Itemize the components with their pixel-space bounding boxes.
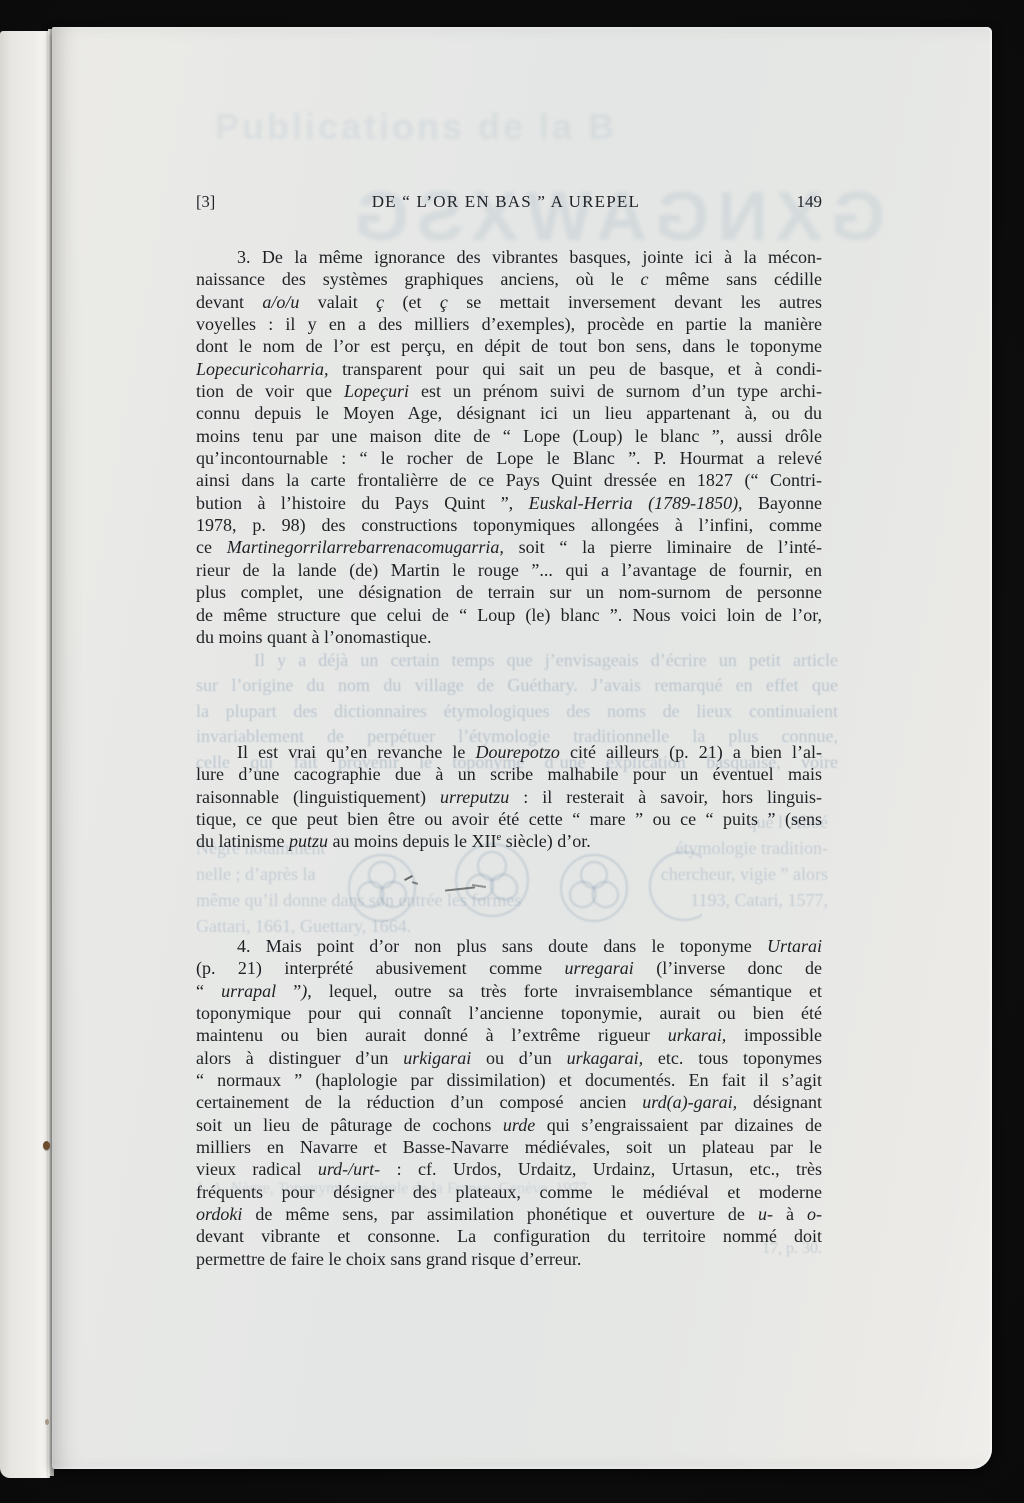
text-line: connu depuis le Moyen Age, désignant ici… bbox=[196, 402, 822, 424]
paragraph-dourepotzo: Il est vrai qu’en revanche le Dourepotzo… bbox=[196, 741, 822, 853]
text-line: toponymique pour qui connaît l’ancienne … bbox=[196, 1002, 822, 1024]
text-line: tique, ce que peut bien être ou avoir ét… bbox=[196, 808, 822, 830]
text-line: soit un lieu de pâturage de cochons urde… bbox=[196, 1114, 822, 1136]
text-line: certainement de la réduction d’un compos… bbox=[196, 1091, 822, 1113]
text-line: 3. De la même ignorance des vibrantes ba… bbox=[196, 246, 822, 268]
text-line: permettre de faire le choix sans grand r… bbox=[196, 1248, 822, 1270]
text-line: alors à distinguer d’un urkigarai ou d’u… bbox=[196, 1047, 822, 1069]
paragraph-3: 3. De la même ignorance des vibrantes ba… bbox=[196, 246, 822, 648]
paper-speck bbox=[45, 1419, 49, 1425]
text-line: Lopecuricoharria, transparent pour qui s… bbox=[196, 358, 822, 380]
text-line: ce Martinegorrilarrebarrenacomugarria, s… bbox=[196, 536, 822, 558]
text-line: naissance des systèmes graphiques ancien… bbox=[196, 268, 822, 290]
header-page-number: 149 bbox=[796, 192, 822, 212]
header-section-ref: [3] bbox=[196, 192, 215, 212]
text-line: raisonnable (linguistiquement) urreputzu… bbox=[196, 786, 822, 808]
running-header: [3] DE “ L’OR EN BAS ” A UREPEL 149 bbox=[196, 192, 822, 212]
text-line: de même structure que celui de “ Loup (l… bbox=[196, 604, 822, 626]
text-line: lure d’une cacographie due à un scribe m… bbox=[196, 763, 822, 785]
text-line: ainsi dans la carte frontalièrre de ce P… bbox=[196, 469, 822, 491]
text-line: devant vibrante et consonne. La configur… bbox=[196, 1225, 822, 1247]
header-running-title: DE “ L’OR EN BAS ” A UREPEL bbox=[372, 192, 640, 212]
text-line: du latinisme putzu au moins depuis le XI… bbox=[196, 830, 822, 852]
text-line: du moins quant à l’onomastique. bbox=[196, 626, 822, 648]
text-line: Il est vrai qu’en revanche le Dourepotzo… bbox=[196, 741, 822, 763]
text-line: voyelles : il y en a des milliers d’exem… bbox=[196, 313, 822, 335]
paragraph-4: 4. Mais point d’or non plus sans doute d… bbox=[196, 935, 822, 1270]
text-line: devant a/o/u valait ç (et ç se mettait i… bbox=[196, 291, 822, 313]
text-line: milliers en Navarre et Basse-Navarre méd… bbox=[196, 1136, 822, 1158]
text-line: rieur de la lande (de) Martin le rouge ”… bbox=[196, 559, 822, 581]
text-line: fréquents pour désigner des plateaux, co… bbox=[196, 1181, 822, 1203]
text-line: 4. Mais point d’or non plus sans doute d… bbox=[196, 935, 822, 957]
paper-speck bbox=[43, 1141, 50, 1150]
text-line: (p. 21) interprété abusivement comme urr… bbox=[196, 957, 822, 979]
text-line: 1978, p. 98) des constructions toponymiq… bbox=[196, 514, 822, 536]
text-line: “ normaux ” (haplologie par dissimilatio… bbox=[196, 1069, 822, 1091]
text-line: vieux radical urd-/urt- : cf. Urdos, Urd… bbox=[196, 1158, 822, 1180]
text-line: qu’incontournable : “ le rocher de Lope … bbox=[196, 447, 822, 469]
text-line: ordoki de même sens, par assimilation ph… bbox=[196, 1203, 822, 1225]
book-photo: Publications de la B GXNGAWXSG Il y a dé… bbox=[0, 0, 1024, 1503]
printed-content: [3] DE “ L’OR EN BAS ” A UREPEL 149 3. D… bbox=[0, 0, 1024, 1503]
text-line: dont le nom de l’or est perçu, en dépit … bbox=[196, 335, 822, 357]
text-line: tion de voir que Lopeçuri est un prénom … bbox=[196, 380, 822, 402]
text-line: maintenu ou bien aurait donné à l’extrêm… bbox=[196, 1024, 822, 1046]
text-line: bution à l’histoire du Pays Quint ”, Eus… bbox=[196, 492, 822, 514]
text-line: “ urrapal ”), lequel, outre sa très fort… bbox=[196, 980, 822, 1002]
text-line: moins tenu par une maison dite de “ Lope… bbox=[196, 425, 822, 447]
text-line: plus complet, une désignation de terrain… bbox=[196, 581, 822, 603]
